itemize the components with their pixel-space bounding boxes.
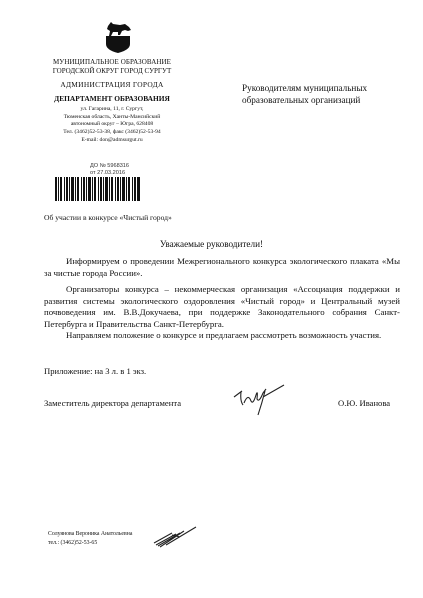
body-paragraph-3: Направляем положение о конкурсе и предла… xyxy=(44,330,400,342)
recipient-line-2: образовательных организаций xyxy=(242,95,367,107)
letter-subject: Об участии в конкурсе «Чистый город» xyxy=(44,213,172,222)
signatory-name: О.Ю. Иванова xyxy=(338,398,390,408)
executor-initials-icon xyxy=(152,525,198,549)
registration-stamp: ДО № 5968316 от 27.03.2016 xyxy=(90,163,129,177)
recipient-block: Руководителям муниципальных образователь… xyxy=(242,83,367,106)
address-phone-fax: Тел. (3462)52-53-38, факс (3462)52-53-94 xyxy=(52,129,172,137)
letterhead-district: ГОРОДСКОЙ ОКРУГ ГОРОД СУРГУТ xyxy=(52,67,172,76)
recipient-line-1: Руководителям муниципальных xyxy=(242,83,367,95)
body-paragraph-2: Организаторы конкурса – некоммерческая о… xyxy=(44,284,400,331)
registration-number: ДО № 5968316 xyxy=(90,163,129,170)
address-email: E-mail: don@admsurgut.ru xyxy=(52,137,172,145)
greeting: Уважаемые руководители! xyxy=(0,239,423,249)
barcode-icon xyxy=(55,177,140,201)
handwritten-signature-icon xyxy=(232,383,286,417)
signatory-position: Заместитель директора департамента xyxy=(44,398,181,408)
registration-date: от 27.03.2016 xyxy=(90,170,129,177)
letterhead-administration: АДМИНИСТРАЦИЯ ГОРОДА xyxy=(52,80,172,89)
surgut-fox-emblem-icon xyxy=(98,14,138,54)
letterhead-department: ДЕПАРТАМЕНТ ОБРАЗОВАНИЯ xyxy=(52,94,172,103)
executor-block: Солуянова Вероника Анатольевна тел.: (34… xyxy=(48,530,132,548)
attachment-note: Приложение: на 3 л. в 1 экз. xyxy=(44,366,146,376)
letterhead-address: ул. Гагарина, 11, г. Сургут, Тюменская о… xyxy=(52,106,172,145)
letterhead-municipality: МУНИЦИПАЛЬНОЕ ОБРАЗОВАНИЕ xyxy=(52,58,172,67)
address-okrug: автономный округ – Югра, 628408 xyxy=(52,121,172,129)
body-paragraph-1: Информируем о проведении Межрегиональног… xyxy=(44,256,400,279)
executor-name: Солуянова Вероника Анатольевна xyxy=(48,530,132,539)
executor-phone: тел.: (3462)52-53-65 xyxy=(48,539,132,548)
address-street: ул. Гагарина, 11, г. Сургут, xyxy=(52,106,172,114)
